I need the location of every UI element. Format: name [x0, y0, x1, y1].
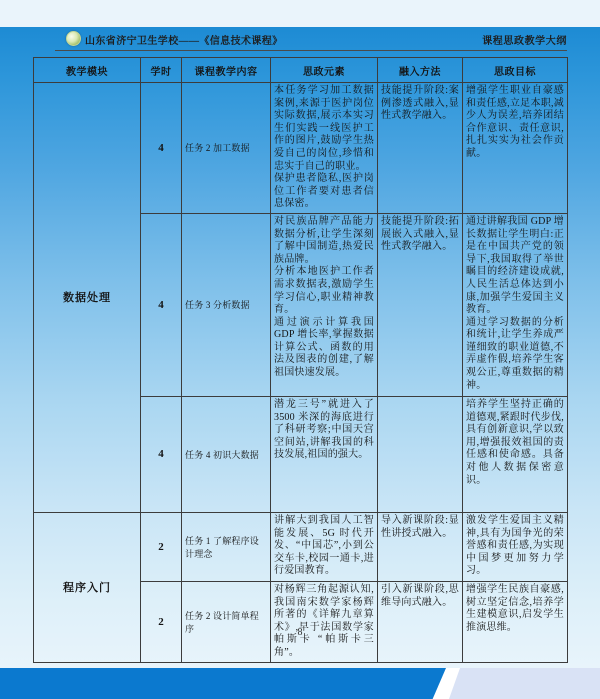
header-divider — [55, 50, 567, 51]
elements-cell: 本任务学习加工数据案例,来源于医护岗位实际数据,展示本实习生们实践一线医护工作的… — [271, 83, 378, 214]
table-row: 数据处理 4 任务 2 加工数据 本任务学习加工数据案例,来源于医护岗位实际数据… — [34, 83, 568, 214]
document-title: 课程思政教学大纲 — [482, 32, 567, 47]
col-header-hours: 学时 — [141, 58, 182, 83]
curriculum-ideology-table: 教学模块 学时 课程教学内容 思政元素 融入方法 思政目标 数据处理 4 任务 … — [33, 57, 568, 663]
paragraph: 讲解大到我国人工智能发展、5G 时代开发、“中国芯”,小到公交车卡,校园一通卡,… — [274, 515, 374, 578]
method-cell — [378, 396, 463, 512]
paragraph: 保护患者隐私,医护岗位工作者要对患者信息保密。 — [274, 173, 374, 211]
footer-blue-band — [0, 668, 446, 699]
goals-cell: 增强学生职业自豪感和责任感,立足本职,减少人为误差,培养团结合作意识、责任意识,… — [463, 83, 568, 214]
paragraph: 本任务学习加工数据案例,来源于医护岗位实际数据,展示本实习生们实践一线医护工作的… — [274, 85, 374, 173]
method-cell: 引入新课阶段,思维导向式融入。 — [378, 581, 463, 662]
paragraph: 对杨辉三角起源认知,我国南宋数学家杨辉所著的《详解九章算术》,早于法国数学家帕斯… — [274, 584, 374, 660]
content-cell: 任务 2 加工数据 — [182, 83, 271, 214]
elements-cell: 对杨辉三角起源认知,我国南宋数学家杨辉所著的《详解九章算术》,早于法国数学家帕斯… — [271, 581, 378, 662]
paragraph: 分析本地医护工作者需求数据表,激励学生学习信心,职业精神教育。 — [274, 266, 374, 316]
paragraph: 激发学生爱国主义精神,具有为国争光的荣誉感和责任感,为实现中国梦更加努力学习。 — [466, 515, 564, 578]
elements-cell: 对民族品牌产品能力数据分析,让学生深刻了解中国制造,热爱民族品牌。 分析本地医护… — [271, 213, 378, 396]
footer-lavender-band — [449, 668, 600, 699]
table-row: 程序入门 2 任务 1 了解程序设计理念 讲解大到我国人工智能发展、5G 时代开… — [34, 512, 568, 581]
module-cell-programming-intro: 程序入门 — [34, 512, 141, 662]
method-cell: 技能提升阶段:案例渗透式融入,显性式教学融入。 — [378, 83, 463, 214]
paragraph: 对民族品牌产品能力数据分析,让学生深刻了解中国制造,热爱民族品牌。 — [274, 216, 374, 266]
paragraph: 通过讲解我国 GDP 增长数据让学生明白:正是在中国共产党的领导下,我国取得了举… — [466, 216, 564, 317]
col-header-method: 融入方法 — [378, 58, 463, 83]
method-cell: 技能提升阶段:拓展嵌入式融入,显性式教学融入。 — [378, 213, 463, 396]
hours-cell: 4 — [141, 396, 182, 512]
school-logo-icon — [66, 31, 81, 46]
paragraph: 技能提升阶段:案例渗透式融入,显性式教学融入。 — [381, 85, 459, 123]
goals-cell: 通过讲解我国 GDP 增长数据让学生明白:正是在中国共产党的领导下,我国取得了举… — [463, 213, 568, 396]
paragraph: 增强学生职业自豪感和责任感,立足本职,减少人为误差,培养团结合作意识、责任意识,… — [466, 85, 564, 161]
content-cell: 任务 3 分析数据 — [182, 213, 271, 396]
goals-cell: 增强学生民族自豪感,树立坚定信念,培养学生建模意识,启发学生推演思维。 — [463, 581, 568, 662]
goals-cell: 激发学生爱国主义精神,具有为国争光的荣誉感和责任感,为实现中国梦更加努力学习。 — [463, 512, 568, 581]
goals-cell: 培养学生坚持正确的道德观,紧跟时代步伐,具有创新意识,学以致用,增强报效祖国的责… — [463, 396, 568, 512]
paragraph: 潜龙三号”就进入了3500 米深的海底进行了科研考察;中国天宫空间站,讲解我国的… — [274, 399, 374, 462]
content-cell: 任务 2 设计简单程序 — [182, 581, 271, 662]
paragraph: 导入新课阶段:显性讲授式融入。 — [381, 515, 459, 540]
elements-cell: 潜龙三号”就进入了3500 米深的海底进行了科研考察;中国天宫空间站,讲解我国的… — [271, 396, 378, 512]
page-number: 8 — [0, 627, 600, 638]
col-header-elements: 思政元素 — [271, 58, 378, 83]
paragraph: 技能提升阶段:拓展嵌入式融入,显性式教学融入。 — [381, 216, 459, 254]
method-cell: 导入新课阶段:显性讲授式融入。 — [378, 512, 463, 581]
paragraph: 培养学生坚持正确的道德观,紧跟时代步伐,具有创新意识,学以致用,增强报效祖国的责… — [466, 399, 564, 487]
hours-cell: 2 — [141, 581, 182, 662]
top-margin — [0, 0, 600, 27]
paragraph: 通过演示计算我国 GDP 增长率,掌握数据计算公式、函数的用法及图表的创建,了解… — [274, 317, 374, 380]
module-cell-data-processing: 数据处理 — [34, 83, 141, 513]
paragraph: 引入新课阶段,思维导向式融入。 — [381, 584, 459, 609]
col-header-goals: 思政目标 — [463, 58, 568, 83]
hours-cell: 4 — [141, 213, 182, 396]
content-cell: 任务 4 初识大数据 — [182, 396, 271, 512]
document-page: 山东省济宁卫生学校——《信息技术课程》 课程思政教学大纲 教学模块 学时 课程教… — [0, 0, 600, 699]
content-cell: 任务 1 了解程序设计理念 — [182, 512, 271, 581]
col-header-module: 教学模块 — [34, 58, 141, 83]
table-header-row: 教学模块 学时 课程教学内容 思政元素 融入方法 思政目标 — [34, 58, 568, 83]
elements-cell: 讲解大到我国人工智能发展、5G 时代开发、“中国芯”,小到公交车卡,校园一通卡,… — [271, 512, 378, 581]
school-course-title: 山东省济宁卫生学校——《信息技术课程》 — [85, 32, 283, 47]
hours-cell: 2 — [141, 512, 182, 581]
col-header-content: 课程教学内容 — [182, 58, 271, 83]
hours-cell: 4 — [141, 83, 182, 214]
paragraph: 通过学习数据的分析和统计,让学生养成严谨细致的职业道德,不弄虚作假,培养学生客观… — [466, 317, 564, 393]
